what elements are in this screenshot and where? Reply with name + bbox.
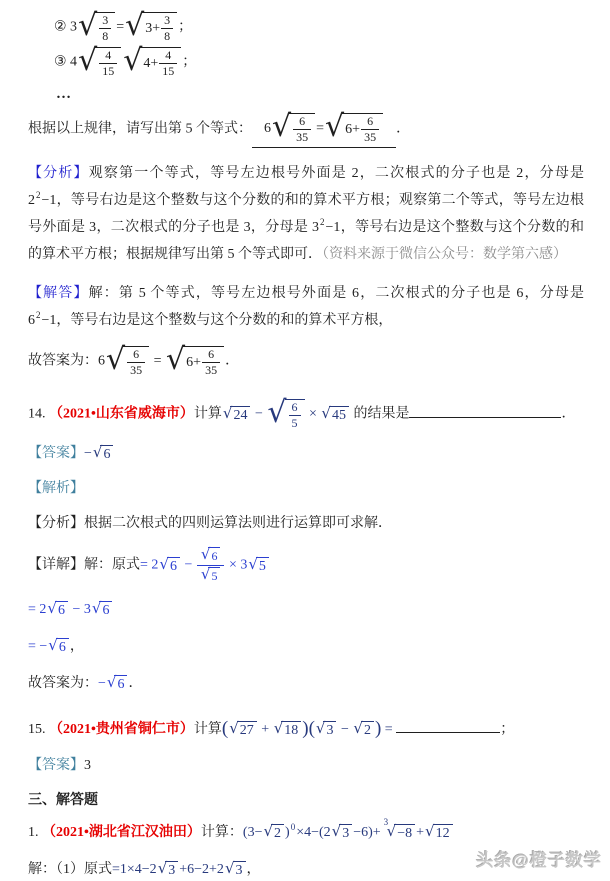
radicand: 24 — [230, 406, 250, 423]
text-run: −1，等号右边是这个整数与这个分数的和的算术平方根， — [42, 313, 393, 328]
label-answer: 【答案】 — [28, 446, 84, 461]
ellipsis-line: … — [56, 86, 584, 103]
radicand: 3+38 — [142, 12, 177, 43]
sqrt: √6+635 — [166, 346, 224, 377]
text-run: 计算 — [194, 407, 222, 422]
sup: 0 — [291, 822, 296, 832]
source-note: （资料来源于微信公众号：数学第六感） — [322, 247, 567, 262]
text-run: )( — [302, 718, 315, 739]
text-run: 故答案为： — [28, 676, 98, 691]
sqrt: √65 — [267, 399, 304, 430]
text-run: 24 — [233, 408, 247, 423]
text-run: ； — [500, 722, 514, 737]
text-run: 5 — [211, 569, 217, 584]
text-run: ③ 4 — [54, 55, 77, 70]
text-run: 计算 — [194, 722, 222, 737]
radicand: 3 — [339, 824, 352, 841]
text-run: 3 — [342, 826, 349, 841]
frac: 415 — [98, 49, 118, 78]
text-run: 6 — [170, 559, 177, 574]
text-run: ． — [225, 354, 239, 369]
text-run: − — [84, 446, 92, 461]
text-run: 6 — [292, 400, 298, 414]
text-run: 解：原式 — [84, 558, 140, 573]
conclusion-14: 故答案为：−√6． — [28, 673, 584, 695]
sqrt: √2 — [353, 721, 374, 738]
radicand: 635 — [289, 113, 315, 144]
text-run: 3 — [236, 863, 243, 878]
text-run: 15 — [162, 64, 174, 78]
text-run: ) — [285, 825, 290, 840]
frac: 38 — [160, 14, 174, 43]
sqrt: √6 — [92, 601, 113, 618]
text-run: − 3 — [69, 602, 91, 617]
label-answer: 【答案】 — [28, 758, 84, 773]
text-run: 6 — [117, 677, 124, 692]
text-run: 45 — [332, 408, 346, 423]
text-run: 6+ — [186, 355, 201, 370]
text-run: ． — [396, 122, 410, 137]
sqrt: √12 — [425, 824, 453, 841]
question-14: 14. （2021•山东省威海市）计算√24 − √65 × √45 的结果是． — [28, 399, 584, 430]
text-run: −6)+ — [353, 825, 380, 840]
sqrt: √3 — [332, 824, 353, 841]
equation-item-3: ③ 4√415√4+415； — [54, 47, 584, 78]
text-run: 5 — [292, 416, 298, 430]
question-1: 1. （2021•湖北省江汉油田）计算：(3−√2)0×4−(2√3−6)+3√… — [28, 822, 584, 844]
sqrt: √6 — [201, 547, 221, 564]
text-run: ( — [222, 718, 228, 739]
text-run: 的结果是 — [350, 407, 410, 422]
text-run: 根据二次根式的四则运算法则进行运算即可求解． — [84, 516, 392, 531]
text-run: − — [98, 676, 106, 691]
text-run: 6 — [264, 121, 271, 137]
radicand: 27 — [237, 721, 257, 738]
radicand: 2 — [271, 824, 284, 841]
text-run: 解：（1）原式 — [28, 862, 112, 877]
frac: 415 — [158, 49, 178, 78]
frac: √6√5 — [196, 547, 226, 584]
text-run: 15. — [28, 722, 49, 737]
text-run: ； — [178, 20, 192, 35]
frac: 635 — [201, 348, 221, 377]
text-run: × — [306, 407, 321, 422]
radicand: 6 — [55, 601, 68, 618]
text-run: 35 — [130, 363, 142, 377]
sqrt: √3+38 — [125, 12, 177, 43]
text-run: 3 — [102, 13, 108, 27]
sqrt: √38 — [78, 12, 115, 43]
text-run: = — [316, 121, 324, 137]
text-run: = — [381, 722, 396, 737]
text-run: 6 — [367, 114, 373, 128]
sqrt: √2 — [263, 824, 284, 841]
frac: 635 — [360, 115, 380, 144]
sqrt: √635 — [106, 346, 149, 377]
sqrt: √3 — [158, 861, 179, 878]
frac: 635 — [292, 115, 312, 144]
text-run: 5 — [259, 559, 266, 574]
document-page: ② 3√38=√3+38；③ 4√415√4+415；…根据以上规律，请写出第 … — [0, 0, 610, 881]
detail-14: 【详解】解：原式= 2√6 − √6√5 × 3√5 — [28, 547, 584, 584]
frac: 65 — [288, 401, 302, 430]
text-run: 3+ — [145, 21, 160, 36]
text-run: − — [181, 558, 196, 573]
text-run: ② 3 — [54, 20, 77, 35]
radicand: 4+415 — [140, 47, 181, 78]
text-run: = — [150, 354, 165, 369]
label-detail: 【详解】 — [28, 558, 84, 573]
sup: 2 — [36, 310, 41, 320]
radicand: 18 — [281, 721, 301, 738]
radicand: 3 — [165, 861, 178, 878]
sqrt: √6 — [93, 445, 114, 462]
text-run: 故答案为：6 — [28, 354, 105, 369]
answer-blank — [396, 719, 500, 733]
text-run: 6 — [59, 640, 66, 655]
text-run: − — [337, 722, 352, 737]
radicand: 6+635 — [183, 346, 224, 377]
radicand: 38 — [95, 12, 115, 43]
text-run: 6+ — [345, 122, 360, 137]
text-run: 三、解答题 — [28, 793, 98, 808]
radicand: 635 — [123, 346, 149, 377]
text-run: 3 — [164, 13, 170, 27]
radicand: 45 — [329, 406, 349, 423]
text-run: ×4−(2 — [296, 825, 330, 840]
sqrt: √3 — [225, 861, 246, 878]
label-jiexi-line: 【解析】 — [28, 478, 584, 500]
frac: 38 — [98, 14, 112, 43]
text-run: 35 — [205, 363, 217, 377]
text-run: 6 — [102, 603, 109, 618]
analysis-14: 【分析】根据二次根式的四则运算法则进行运算即可求解． — [28, 513, 584, 535]
text-run: = 2 — [28, 602, 46, 617]
radicand: 6 — [100, 445, 113, 462]
text-run: 6 — [58, 603, 65, 618]
text-run: × 3 — [225, 558, 247, 573]
radicand: 5 — [208, 567, 220, 584]
sup: 2 — [320, 217, 325, 227]
label-jieda: 【解答】 — [28, 286, 89, 301]
sqrt: √45 — [321, 406, 349, 423]
radicand: 6 — [167, 557, 180, 574]
text-run: = — [116, 20, 124, 35]
text-run: 27 — [240, 723, 254, 738]
final-answer-line: 故答案为：6√635 = √6+635． — [28, 346, 584, 377]
sqrt: √6 — [107, 675, 128, 692]
text-run: + — [258, 722, 273, 737]
text-run: 计算： — [201, 825, 243, 840]
sqrt: √3 — [316, 721, 337, 738]
text-run: 6 — [133, 347, 139, 361]
text-run: ， — [70, 639, 84, 654]
text-run: = 2 — [140, 558, 158, 573]
sqrt: √18 — [274, 721, 302, 738]
text-run: 3 — [168, 863, 175, 878]
sqrt: √24 — [223, 406, 251, 423]
text-run: 6 — [103, 447, 110, 462]
sqrt: √6 — [159, 557, 180, 574]
sqrt: 3√−8 — [384, 824, 415, 841]
text-run: 8 — [164, 29, 170, 43]
sqrt: √635 — [272, 113, 315, 144]
text-run: 18 — [284, 723, 298, 738]
equation-item-2: ② 3√38=√3+38； — [54, 12, 584, 43]
radicand: 6 — [56, 638, 69, 655]
question-source: （2021•贵州省铜仁市） — [49, 722, 194, 737]
text-run: 2 — [364, 723, 371, 738]
answer-14: 【答案】−√6 — [28, 443, 584, 465]
radicand: 6+635 — [342, 113, 383, 144]
text-run: =1×4−2 — [112, 862, 157, 877]
answer-15: 【答案】3 — [28, 755, 584, 777]
text-run: 4 — [105, 48, 111, 62]
text-run: 35 — [296, 130, 308, 144]
text-run: 2 — [274, 826, 281, 841]
text-run: = − — [28, 639, 47, 654]
radicand: 65 — [285, 399, 305, 430]
radicand: 2 — [361, 721, 374, 738]
step-line-2: = −√6， — [28, 636, 584, 658]
sup: 2 — [36, 190, 41, 200]
text-run: ， — [247, 862, 261, 877]
radicand: 6 — [99, 601, 112, 618]
pattern-prompt-line: 根据以上规律，请写出第 5 个等式：6√635=√6+635． — [28, 111, 584, 148]
text-run: +6−2+2 — [179, 862, 224, 877]
question-15: 15. （2021•贵州省铜仁市）计算(√27 + √18)(√3 − √2) … — [28, 717, 584, 742]
root-index: 3 — [384, 818, 389, 827]
text-run: 4 — [165, 48, 171, 62]
text-run: 6 — [211, 549, 217, 564]
radicand: 12 — [433, 824, 453, 841]
frac: 635 — [126, 348, 146, 377]
text-run: 1. — [28, 825, 42, 840]
label-analysis-2: 【分析】 — [28, 516, 84, 531]
radicand: 6 — [114, 675, 127, 692]
question-source: （2021•山东省威海市） — [49, 407, 194, 422]
text-run: 3 — [326, 723, 333, 738]
analysis-paragraph: 【分析】观察第一个等式，等号左边根号外面是 2，二次根式的分子也是 2，分母是 … — [28, 160, 584, 268]
text-run: ； — [182, 55, 196, 70]
text-run: … — [56, 86, 72, 102]
document-body: ② 3√38=√3+38；③ 4√415√4+415；…根据以上规律，请写出第 … — [28, 12, 584, 881]
radicand: −8 — [394, 824, 415, 841]
radicand: 415 — [95, 47, 121, 78]
text-run: ． — [128, 676, 142, 691]
answer-blank — [409, 403, 561, 417]
sqrt: √4+415 — [123, 47, 181, 78]
text-run: 6 — [299, 114, 305, 128]
radicand: 3 — [323, 721, 336, 738]
sqrt: √415 — [78, 47, 121, 78]
sqrt: √6 — [48, 638, 69, 655]
watermark: 头条@橙子数学 — [476, 846, 602, 871]
text-run: −8 — [397, 826, 412, 841]
solution-paragraph: 【解答】解：第 5 个等式，等号左边根号外面是 6，二次根式的分子也是 6，分母… — [28, 280, 584, 334]
text-run: − — [251, 407, 266, 422]
step-line-1: = 2√6 − 3√6 — [28, 599, 584, 621]
sqrt: √6+635 — [325, 113, 383, 144]
label-analysis: 【分析】 — [28, 166, 89, 181]
radicand: 3 — [233, 861, 246, 878]
section-heading: 三、解答题 — [28, 789, 584, 809]
text-run: ． — [561, 407, 575, 422]
radicand: 6 — [208, 547, 220, 564]
text-run: 根据以上规律，请写出第 5 个等式： — [28, 122, 252, 137]
text-run: 12 — [436, 826, 450, 841]
text-run: 6 — [208, 347, 214, 361]
answer-on-blank: 6√635=√6+635 — [252, 111, 396, 148]
label-jiexi: 【解析】 — [28, 481, 84, 496]
sqrt: √27 — [229, 721, 257, 738]
text-run: 14. — [28, 407, 49, 422]
sqrt: √5 — [201, 567, 221, 584]
text-run: 35 — [364, 130, 376, 144]
text-run: 15 — [102, 64, 114, 78]
text-run: (3− — [243, 825, 263, 840]
text-run: + — [416, 825, 424, 840]
sqrt: √5 — [248, 557, 269, 574]
text-run: 4+ — [143, 56, 158, 71]
sqrt: √6 — [47, 601, 68, 618]
text-run: 8 — [102, 29, 108, 43]
question-source: （2021•湖北省江汉油田） — [42, 825, 201, 840]
text-run: 3 — [84, 758, 91, 773]
radicand: 5 — [256, 557, 269, 574]
